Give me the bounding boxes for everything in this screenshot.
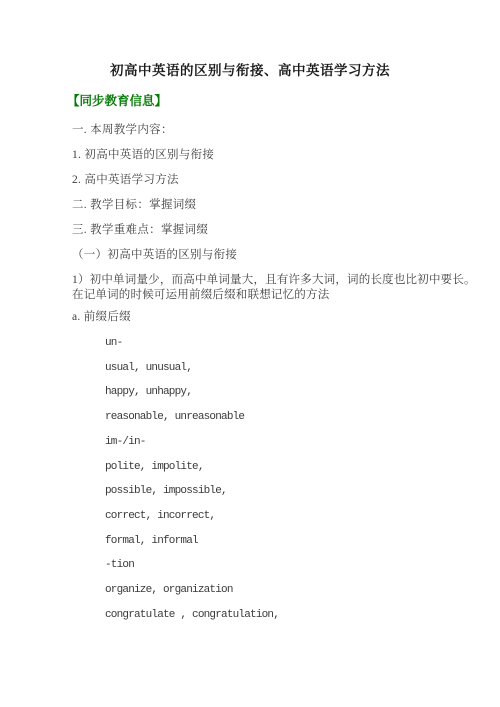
- document-title: 初高中英语的区别与衔接、高中英语学习方法: [0, 58, 500, 84]
- outline-item: （一）初高中英语的区别与衔接: [72, 243, 456, 268]
- paragraph-line: 1）初中单词量少，而高中单词量大，且有许多大词，词的长度也比初中要长。: [72, 273, 456, 288]
- word-list-item: possible, impossible,: [105, 479, 456, 504]
- outline-item: 1. 初高中英语的区别与衔接: [72, 143, 456, 168]
- word-list-item: organize, organization: [105, 578, 456, 603]
- word-list-item: -tion: [105, 553, 456, 578]
- vocabulary-intro-paragraph: 1）初中单词量少，而高中单词量大，且有许多大词，词的长度也比初中要长。在记单词的…: [72, 273, 456, 303]
- word-list-item: congratulate , congratulation,: [105, 603, 456, 628]
- teaching-outline-list: 一. 本周教学内容：1. 初高中英语的区别与衔接2. 高中英语学习方法二. 教学…: [72, 118, 456, 268]
- sync-education-info-header: 【同步教育信息】: [67, 89, 456, 114]
- word-list-item: polite, impolite,: [105, 455, 456, 480]
- outline-item: 2. 高中英语学习方法: [72, 168, 456, 193]
- word-list-item: un-: [105, 331, 456, 356]
- word-list-item: im-/in-: [105, 430, 456, 455]
- word-list-item: happy, unhappy,: [105, 380, 456, 405]
- outline-item: 二. 教学目标：掌握词缀: [72, 193, 456, 218]
- outline-item: 一. 本周教学内容：: [72, 118, 456, 143]
- word-list-item: usual, unusual,: [105, 356, 456, 381]
- document-page: 初高中英语的区别与衔接、高中英语学习方法 【同步教育信息】 一. 本周教学内容：…: [0, 0, 500, 707]
- word-list-item: reasonable, unreasonable: [105, 405, 456, 430]
- prefix-suffix-word-list: un-usual, unusual,happy, unhappy,reasona…: [105, 331, 456, 627]
- paragraph-line: 在记单词的时候可运用前缀后缀和联想记忆的方法: [72, 288, 456, 303]
- word-list-item: correct, incorrect,: [105, 504, 456, 529]
- prefix-suffix-label: a. 前缀后缀: [72, 309, 456, 325]
- word-list-item: formal, informal: [105, 529, 456, 554]
- outline-item: 三. 教学重难点：掌握词缀: [72, 218, 456, 243]
